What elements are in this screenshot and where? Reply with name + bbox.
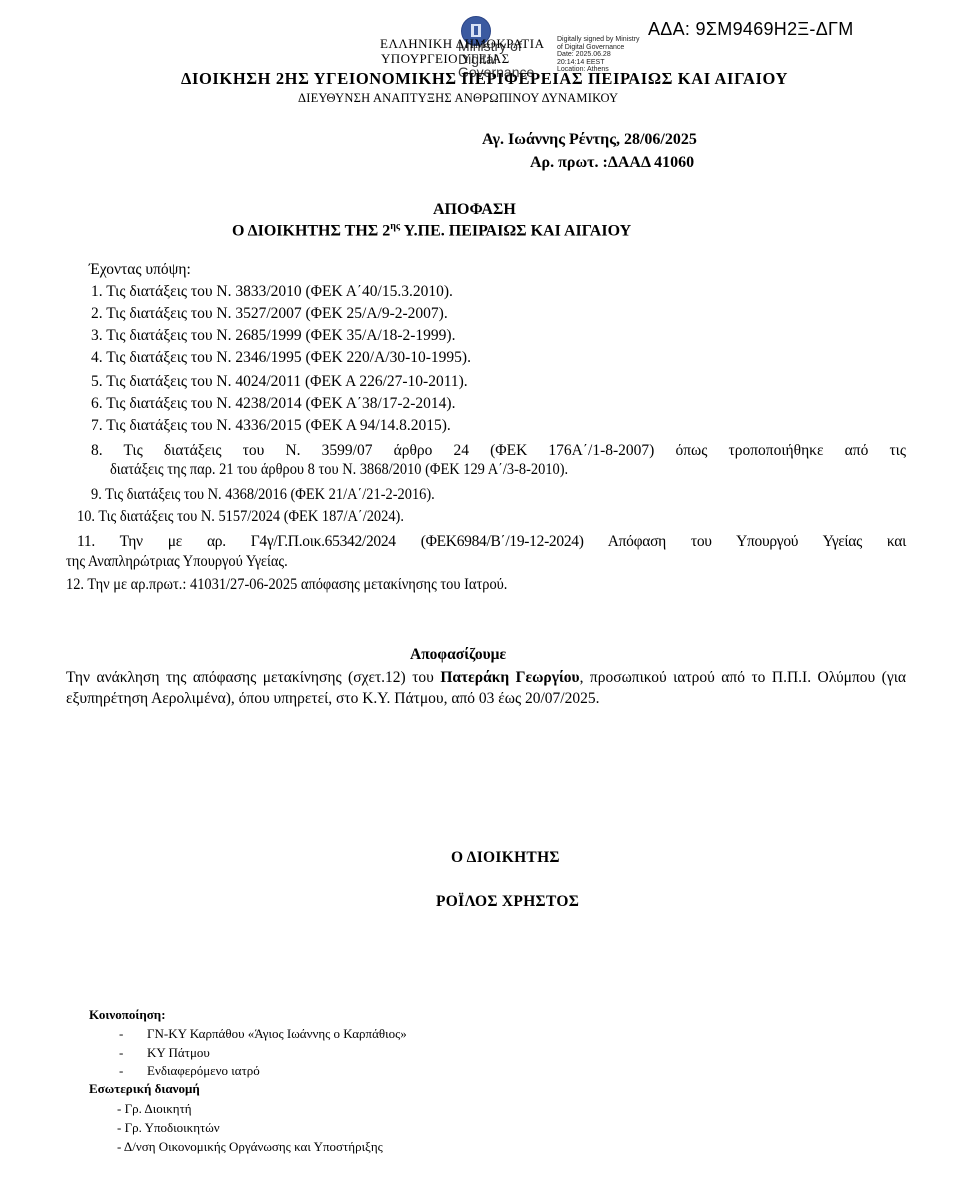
decision-text: Την ανάκληση της απόφασης μετακίνησης (σ… xyxy=(66,667,906,709)
header-directorate: ΔΙΕΥΘΥΝΣΗ ΑΝΑΠΤΥΞΗΣ ΑΝΘΡΩΠΙΝΟΥ ΔΥΝΑΜΙΚΟΥ xyxy=(298,91,618,106)
document-title: ΑΠΟΦΑΣΗ xyxy=(433,201,516,219)
place-date: Αγ. Ιωάννης Ρέντης, 28/06/2025 xyxy=(482,131,697,149)
internal-distribution-item: - Δ/νση Οικονομικής Οργάνωσης και Υποστή… xyxy=(117,1139,383,1155)
considering-heading: Έχοντας υπόψη: xyxy=(89,261,191,279)
decision-text-part: Την ανάκληση της απόφασης μετακίνησης (σ… xyxy=(66,669,440,686)
bullet-dash: - xyxy=(119,1026,123,1042)
subtitle-part: Υ.ΠΕ. ΠΕΙΡΑΙΩΣ ΚΑΙ ΑΙΓΑΙΟΥ xyxy=(400,222,631,239)
considering-item: 2. Τις διατάξεις του Ν. 3527/2007 (ΦΕΚ 2… xyxy=(91,305,448,323)
decision-heading: Αποφασίζουμε xyxy=(410,646,506,664)
protocol-number: Αρ. πρωτ. :ΔΑΑΔ 41060 xyxy=(530,154,694,172)
signature-detail-line: Location: Athens xyxy=(557,66,639,74)
doctor-name: Πατεράκη Γεωργίου xyxy=(440,669,579,686)
document-subtitle: Ο ΔΙΟΙΚΗΤΗΣ ΤΗΣ 2ης Υ.ΠΕ. ΠΕΙΡΑΙΩΣ ΚΑΙ Α… xyxy=(232,221,631,240)
considering-item: 7. Τις διατάξεις του Ν. 4336/2015 (ΦΕΚ Α… xyxy=(91,417,451,435)
considering-item: 8. Τις διατάξεις του Ν. 3599/07 άρθρο 24… xyxy=(91,440,906,461)
considering-item-continuation: διατάξεις της παρ. 21 του άρθρου 8 του Ν… xyxy=(110,461,568,479)
notification-heading: Κοινοποίηση: xyxy=(89,1007,166,1023)
subtitle-part: Ο ΔΙΟΙΚΗΤΗΣ ΤΗΣ 2 xyxy=(232,222,390,239)
internal-distribution-item: - Γρ. Υποδιοικητών xyxy=(117,1120,220,1136)
considering-item: 3. Τις διατάξεις του Ν. 2685/1999 (ΦΕΚ 3… xyxy=(91,327,455,345)
signature-detail-line: 20:14:14 EEST xyxy=(557,59,639,67)
considering-item: 5. Τις διατάξεις του Ν. 4024/2011 (ΦΕΚ Α… xyxy=(91,373,468,391)
digital-signature-details: Digitally signed by Ministry of Digital … xyxy=(557,36,639,74)
considering-item: 4. Τις διατάξεις του Ν. 2346/1995 (ΦΕΚ 2… xyxy=(91,349,471,367)
considering-item: 1. Τις διατάξεις του Ν. 3833/2010 (ΦΕΚ Α… xyxy=(91,283,453,301)
signatory-name: ΡΟΪΛΟΣ ΧΡΗΣΤΟΣ xyxy=(436,893,579,911)
signature-detail-line: Digitally signed by Ministry xyxy=(557,36,639,44)
notification-item: ΚΥ Πάτμου xyxy=(147,1045,210,1061)
bullet-dash: - xyxy=(119,1063,123,1079)
digital-signature-stamp: Ministry of Digital Governance xyxy=(458,40,534,79)
internal-distribution-item: - Γρ. Διοικητή xyxy=(117,1101,192,1117)
signature-detail-line: of Digital Governance xyxy=(557,44,639,52)
signature-detail-line: Date: 2025.06.28 xyxy=(557,51,639,59)
internal-distribution-heading: Εσωτερική διανομή xyxy=(89,1081,200,1097)
considering-item: 12. Την με αρ.πρωτ.: 41031/27-06-2025 απ… xyxy=(66,576,507,594)
notification-item: ΓΝ-ΚΥ Καρπάθου «Άγιος Ιωάννης ο Καρπάθιο… xyxy=(147,1026,407,1042)
signature-overlay-line: Governance xyxy=(458,66,534,79)
ada-code: ΑΔΑ: 9ΣΜ9469Η2Ξ-ΔΓΜ xyxy=(648,19,854,40)
considering-item-continuation: της Αναπληρώτριας Υπουργού Υγείας. xyxy=(66,553,288,571)
bullet-dash: - xyxy=(119,1045,123,1061)
considering-item: 6. Τις διατάξεις του Ν. 4238/2014 (ΦΕΚ Α… xyxy=(91,395,455,413)
considering-item: 9. Τις διατάξεις του Ν. 4368/2016 (ΦΕΚ 2… xyxy=(91,486,435,504)
signatory-role: Ο ΔΙΟΙΚΗΤΗΣ xyxy=(451,849,560,867)
notification-item: Ενδιαφερόμενο ιατρό xyxy=(147,1063,260,1079)
considering-item: 11. Την με αρ. Γ4γ/Γ.Π.οικ.65342/2024 (Φ… xyxy=(77,531,906,552)
considering-item: 10. Τις διατάξεις του Ν. 5157/2024 (ΦΕΚ … xyxy=(77,508,404,526)
subtitle-superscript: ης xyxy=(390,221,400,232)
